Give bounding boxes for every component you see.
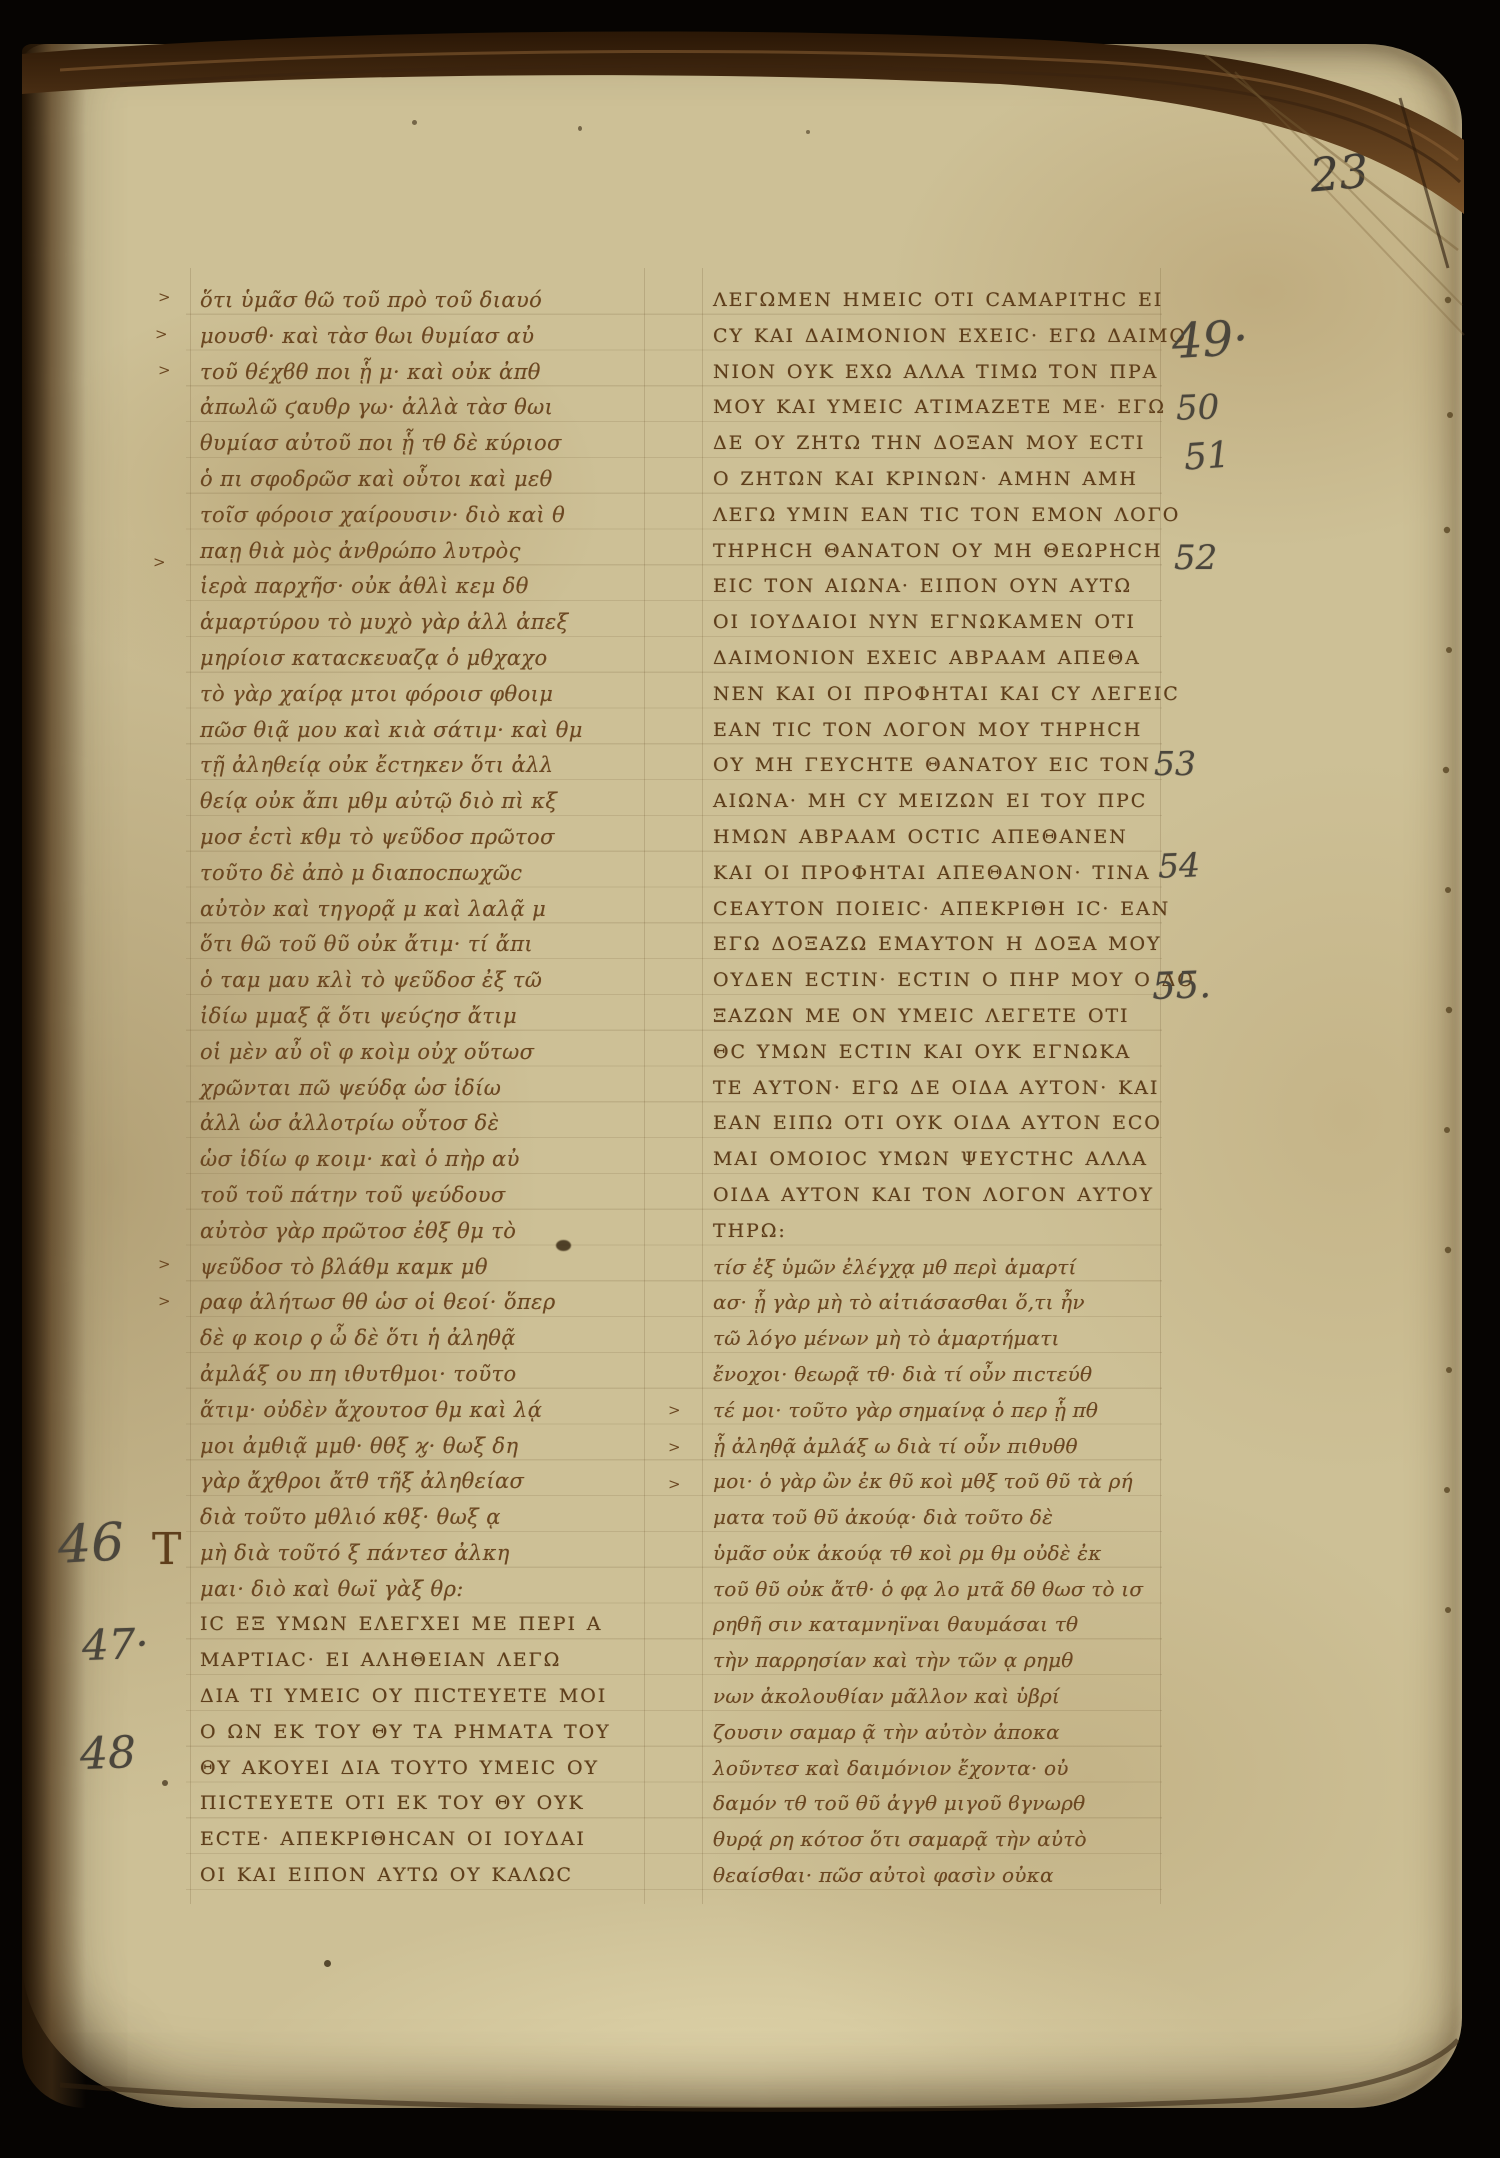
head-edge-band	[22, 31, 1464, 214]
page-edges-overlay	[0, 0, 1500, 2158]
photo-canvas: ὅτι ὑμᾶσ θῶ τοῦ πρὸ τοῦ διαυό μουσθ· καὶ…	[0, 0, 1500, 2158]
tail-edge-line	[60, 2040, 1458, 2109]
fore-edge-wormholes	[1443, 297, 1453, 1613]
